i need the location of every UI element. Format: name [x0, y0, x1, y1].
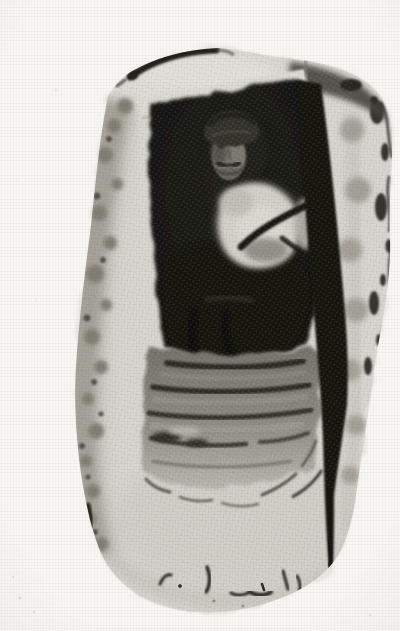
photograph-plate: Black-and-white halftone photograph: a m… — [0, 0, 400, 631]
weave-texture — [0, 0, 400, 631]
photograph-artwork: Black-and-white halftone photograph: a m… — [0, 0, 400, 631]
